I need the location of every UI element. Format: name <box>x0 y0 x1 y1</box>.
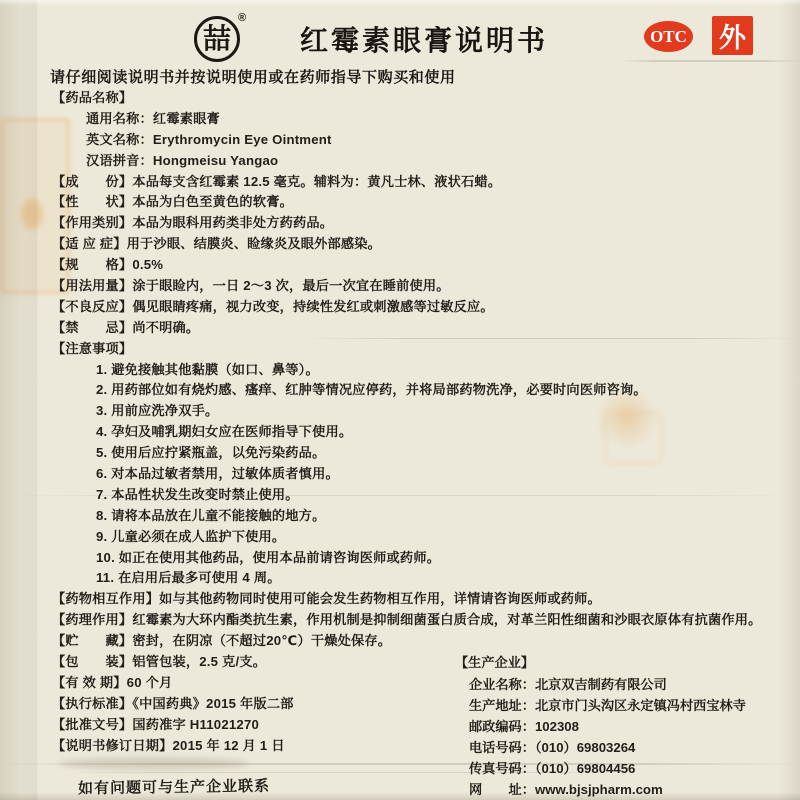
document-line: 【药理作用】红霉素为大环内酯类抗生素，作用机制是抑制细菌蛋白质合成，对革兰阳性细… <box>52 610 796 631</box>
section-text: 3. 用前应洗净双手。 <box>96 403 218 418</box>
shuangji-logo-icon: 喆 <box>194 16 240 62</box>
manufacturer-row-value: 北京双吉制药有限公司 <box>535 677 667 692</box>
manufacturer-row-label: 传真号码： <box>469 761 535 776</box>
manufacturer-row-value: （010）69803264 <box>535 740 635 755</box>
section-text: 本品每支含红霉素 12.5 毫克。辅料为：黄凡士林、液状石蜡。 <box>132 174 501 189</box>
document-line: 【不良反应】偶见眼睛疼痛，视力改变，持续性发红或刺激感等过敏反应。 <box>52 297 796 318</box>
manufacturer-row-value: 北京市门头沟区永定镇冯村西宝林寺 <box>535 698 746 713</box>
section-label: 【注意事项】 <box>52 341 132 356</box>
manufacturer-row: 邮政编码：102308 <box>455 716 795 737</box>
section-text: 偶见眼睛疼痛，视力改变，持续性发红或刺激感等过敏反应。 <box>132 299 493 314</box>
section-text: 如与其他药物同时使用可能会发生药物相互作用，详情请咨询医师或药师。 <box>159 591 601 606</box>
manufacturer-block: 【生产企业】 企业名称：北京双吉制药有限公司生产地址：北京市门头沟区永定镇冯村西… <box>455 652 795 800</box>
section-text: 铝管包装，2.5 克/支。 <box>132 654 266 669</box>
section-text: 5. 使用后应拧紧瓶盖，以免污染药品。 <box>96 445 325 460</box>
document-line: 5. 使用后应拧紧瓶盖，以免污染药品。 <box>52 443 796 464</box>
section-text: 2. 用药部位如有烧灼感、瘙痒、红肿等情况应停药，并将局部药物洗净，必要时向医师… <box>96 382 647 397</box>
manufacturer-row-label: 企业名称： <box>469 677 535 692</box>
manufacturer-row-value: www.bjsjpharm.com <box>535 782 663 797</box>
contact-note: 如有问题可与生产企业联系 <box>78 775 270 799</box>
logo-glyph: 喆 <box>203 25 231 53</box>
leaflet-page: 喆 ® 红霉素眼膏说明书 OTC 外 请仔细阅读说明书并按说明使用或在药师指导下… <box>0 0 800 800</box>
section-label: 【规 格】 <box>52 257 132 272</box>
paper-smudge <box>58 757 248 770</box>
external-use-badge: 外 <box>712 16 753 55</box>
section-text: 红霉素为大环内酯类抗生素，作用机制是抑制细菌蛋白质合成，对革兰阳性细菌和沙眼衣原… <box>132 612 761 627</box>
section-text: 汉语拼音：Hongmeisu Yangao <box>86 153 278 168</box>
document-line: 7. 本品性状发生改变时禁止使用。 <box>52 485 796 506</box>
section-text: 0.5% <box>132 257 163 272</box>
section-text: 本品为白色至黄色的软膏。 <box>132 194 293 209</box>
otc-badge: OTC <box>644 21 693 52</box>
manufacturer-row-label: 网 址： <box>469 782 535 797</box>
section-text: 6. 对本品过敏者禁用，过敏体质者慎用。 <box>96 466 339 481</box>
section-label: 【作用类别】 <box>52 215 132 230</box>
document-line: 【注意事项】 <box>52 339 796 360</box>
manufacturer-row-value: （010）69804456 <box>535 761 635 776</box>
section-text: 8. 请将本品放在儿童不能接触的地方。 <box>96 508 325 523</box>
manufacturer-row-label: 生产地址： <box>469 698 535 713</box>
document-line: 2. 用药部位如有烧灼感、瘙痒、红肿等情况应停药，并将局部药物洗净，必要时向医师… <box>52 380 796 401</box>
document-line: 【作用类别】本品为眼科用药类非处方药药品。 <box>52 213 796 234</box>
paper-top-edge <box>0 0 800 6</box>
section-text: 4. 孕妇及哺乳期妇女应在医师指导下使用。 <box>96 424 352 439</box>
document-line: 【药物相互作用】如与其他药物同时使用可能会发生药物相互作用，详情请咨询医师或药师… <box>52 589 796 610</box>
section-text: 英文名称：Erythromycin Eye Ointment <box>86 132 332 147</box>
document-line: 【贮 藏】密封，在阴凉（不超过20℃）干燥处保存。 <box>52 631 796 652</box>
document-line: 【用法用量】涂于眼睑内，一日 2～3 次，最后一次宜在睡前使用。 <box>52 276 796 297</box>
section-label: 【性 状】 <box>52 194 132 209</box>
document-line: 【适 应 症】用于沙眼、结膜炎、睑缘炎及眼外部感染。 <box>52 234 796 255</box>
manufacturer-row: 企业名称：北京双吉制药有限公司 <box>455 674 795 695</box>
document-line: 11. 在启用后最多可使用 4 周。 <box>52 568 796 589</box>
section-label: 【贮 藏】 <box>52 633 132 648</box>
manufacturer-row: 生产地址：北京市门头沟区永定镇冯村西宝林寺 <box>455 695 795 716</box>
document-line: 【规 格】0.5% <box>52 255 796 276</box>
document-line: 汉语拼音：Hongmeisu Yangao <box>52 151 796 172</box>
document-line: 英文名称：Erythromycin Eye Ointment <box>52 130 796 151</box>
registered-trademark-mark: ® <box>238 12 246 24</box>
section-label: 【有 效 期】 <box>52 675 127 690</box>
section-text: 7. 本品性状发生改变时禁止使用。 <box>96 487 299 502</box>
document-line: 【禁 忌】尚不明确。 <box>52 318 796 339</box>
read-instructions-notice: 请仔细阅读说明书并按说明使用或在药师指导下购买和使用 <box>50 66 456 87</box>
section-text: 《中国药典》2015 年版二部 <box>132 696 293 711</box>
document-line: 【性 状】本品为白色至黄色的软膏。 <box>52 192 796 213</box>
document-line: 6. 对本品过敏者禁用，过敏体质者慎用。 <box>52 464 796 485</box>
document-line: 8. 请将本品放在儿童不能接触的地方。 <box>52 506 796 527</box>
section-label: 【说明书修订日期】 <box>52 738 173 753</box>
page-title: 红霉素眼膏说明书 <box>300 19 548 59</box>
section-text: 尚不明确。 <box>132 320 199 335</box>
section-text: 用于沙眼、结膜炎、睑缘炎及眼外部感染。 <box>127 236 381 251</box>
manufacturer-heading: 【生产企业】 <box>455 652 795 674</box>
manufacturer-row-label: 邮政编码： <box>469 719 535 734</box>
document-line: 10. 如正在使用其他药品，使用本品前请咨询医师或药师。 <box>52 548 796 569</box>
section-label: 【适 应 症】 <box>52 236 127 251</box>
section-text: 1. 避免接触其他黏膜（如口、鼻等）。 <box>96 362 319 377</box>
document-line: 【成 份】本品每支含红霉素 12.5 毫克。辅料为：黄凡士林、液状石蜡。 <box>52 172 796 193</box>
section-text: 涂于眼睑内，一日 2～3 次，最后一次宜在睡前使用。 <box>132 278 449 293</box>
section-text: 通用名称：红霉素眼膏 <box>86 111 220 126</box>
section-text: 密封，在阴凉（不超过20℃）干燥处保存。 <box>132 633 391 648</box>
section-text: 国药准字 H11021270 <box>132 717 259 732</box>
manufacturer-row-value: 102308 <box>535 719 579 734</box>
section-text: 本品为眼科用药类非处方药药品。 <box>132 215 333 230</box>
section-label: 【禁 忌】 <box>52 320 132 335</box>
section-label: 【药物相互作用】 <box>52 591 159 606</box>
manufacturer-row: 网 址：www.bjsjpharm.com <box>455 779 795 800</box>
section-label: 【药品名称】 <box>52 90 132 105</box>
manufacturer-rows: 企业名称：北京双吉制药有限公司生产地址：北京市门头沟区永定镇冯村西宝林寺邮政编码… <box>455 674 795 800</box>
manufacturer-row: 电话号码：（010）69803264 <box>455 737 795 758</box>
manufacturer-row: 传真号码：（010）69804456 <box>455 758 795 779</box>
section-label: 【不良反应】 <box>52 299 132 314</box>
section-label: 【执行标准】 <box>52 696 132 711</box>
section-label: 【成 份】 <box>52 174 132 189</box>
section-label: 【药理作用】 <box>52 612 132 627</box>
manufacturer-logo: 喆 ® <box>194 12 254 62</box>
section-label: 【用法用量】 <box>52 278 132 293</box>
section-label: 【包 装】 <box>52 654 132 669</box>
section-text: 60 个月 <box>127 675 173 690</box>
section-text: 2015 年 12 月 1 日 <box>173 738 285 753</box>
section-text: 9. 儿童必须在成人监护下使用。 <box>96 529 285 544</box>
paper-crease <box>620 60 800 62</box>
document-line: 4. 孕妇及哺乳期妇女应在医师指导下使用。 <box>52 422 796 443</box>
document-line: 通用名称：红霉素眼膏 <box>52 109 796 130</box>
section-text: 11. 在启用后最多可使用 4 周。 <box>96 570 281 585</box>
document-line: 【药品名称】 <box>52 88 796 109</box>
document-line: 3. 用前应洗净双手。 <box>52 401 796 422</box>
paper-stain-blot <box>21 199 43 229</box>
section-label: 【批准文号】 <box>52 717 132 732</box>
document-line: 9. 儿童必须在成人监护下使用。 <box>52 527 796 548</box>
section-text: 10. 如正在使用其他药品，使用本品前请咨询医师或药师。 <box>96 550 440 565</box>
document-line: 1. 避免接触其他黏膜（如口、鼻等）。 <box>52 360 796 381</box>
manufacturer-row-label: 电话号码： <box>469 740 535 755</box>
